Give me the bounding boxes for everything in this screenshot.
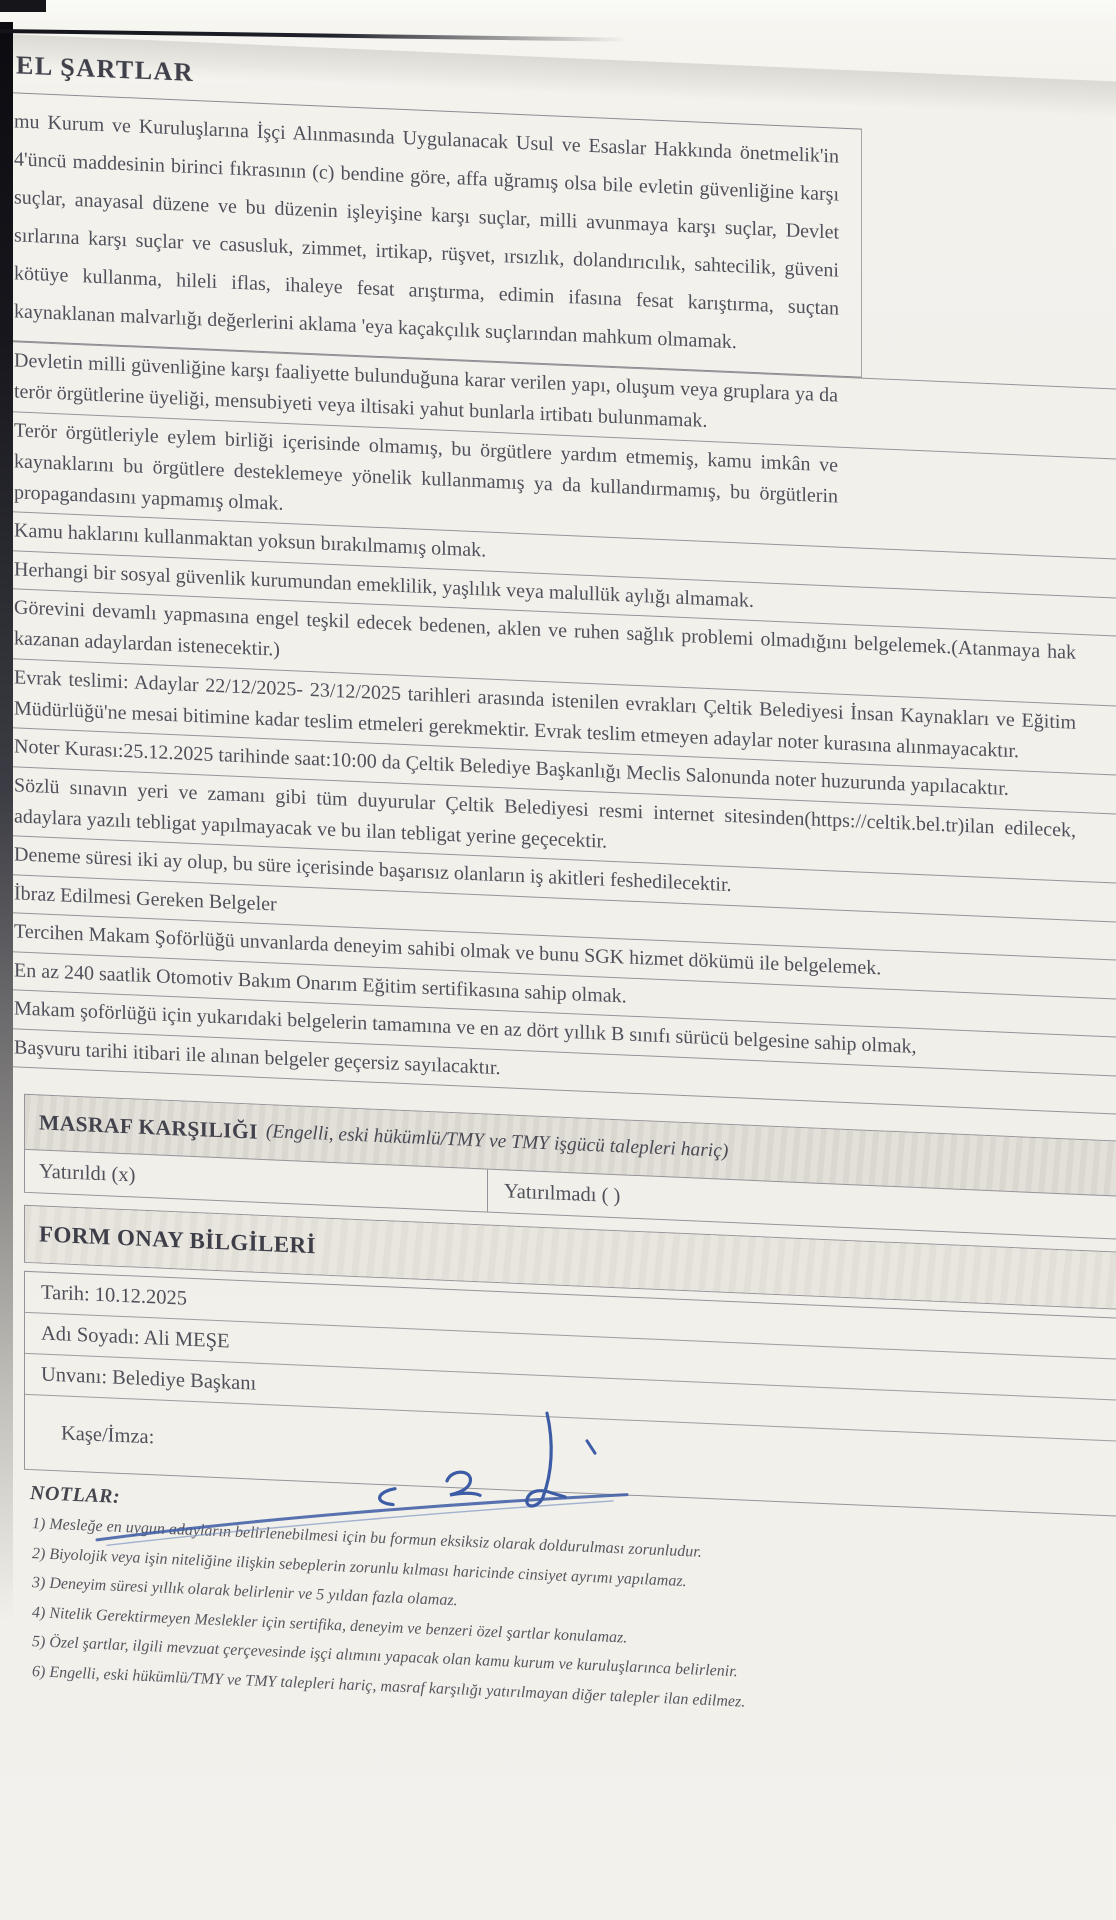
masraf-subtitle: (Engelli, eski hükümlü/TMY ve TMY işgücü… — [266, 1121, 729, 1163]
masraf-title: MASRAF KARŞILIĞI — [39, 1110, 258, 1144]
signature-scribble-l — [527, 1412, 565, 1507]
signature-scribble-2 — [447, 1472, 480, 1497]
paper-sheet: EL ŞARTLAR mu Kurum ve Kuruluşlarına İşç… — [6, 26, 1116, 1738]
scanned-document-page: { "page": { "title": "EL ŞARTLAR" }, "co… — [0, 0, 1116, 1920]
scan-corner-artifact — [0, 0, 46, 12]
form-onay-info-box: Tarih: 10.12.2025 Adı Soyadı: Ali MEŞE U… — [24, 1271, 1116, 1522]
conditions-table: Devletin milli güvenliğine karşı faaliye… — [6, 341, 1116, 1120]
conditions-paragraph-box: mu Kurum ve Kuruluşlarına İşçi Alınmasın… — [6, 92, 862, 378]
scan-edge-shadow — [0, 22, 13, 1622]
condition-paragraph: mu Kurum ve Kuruluşlarına İşçi Alınmasın… — [14, 102, 839, 365]
stamp-label: Kaşe/İmza: — [61, 1422, 154, 1449]
signature-tick — [587, 1441, 595, 1453]
